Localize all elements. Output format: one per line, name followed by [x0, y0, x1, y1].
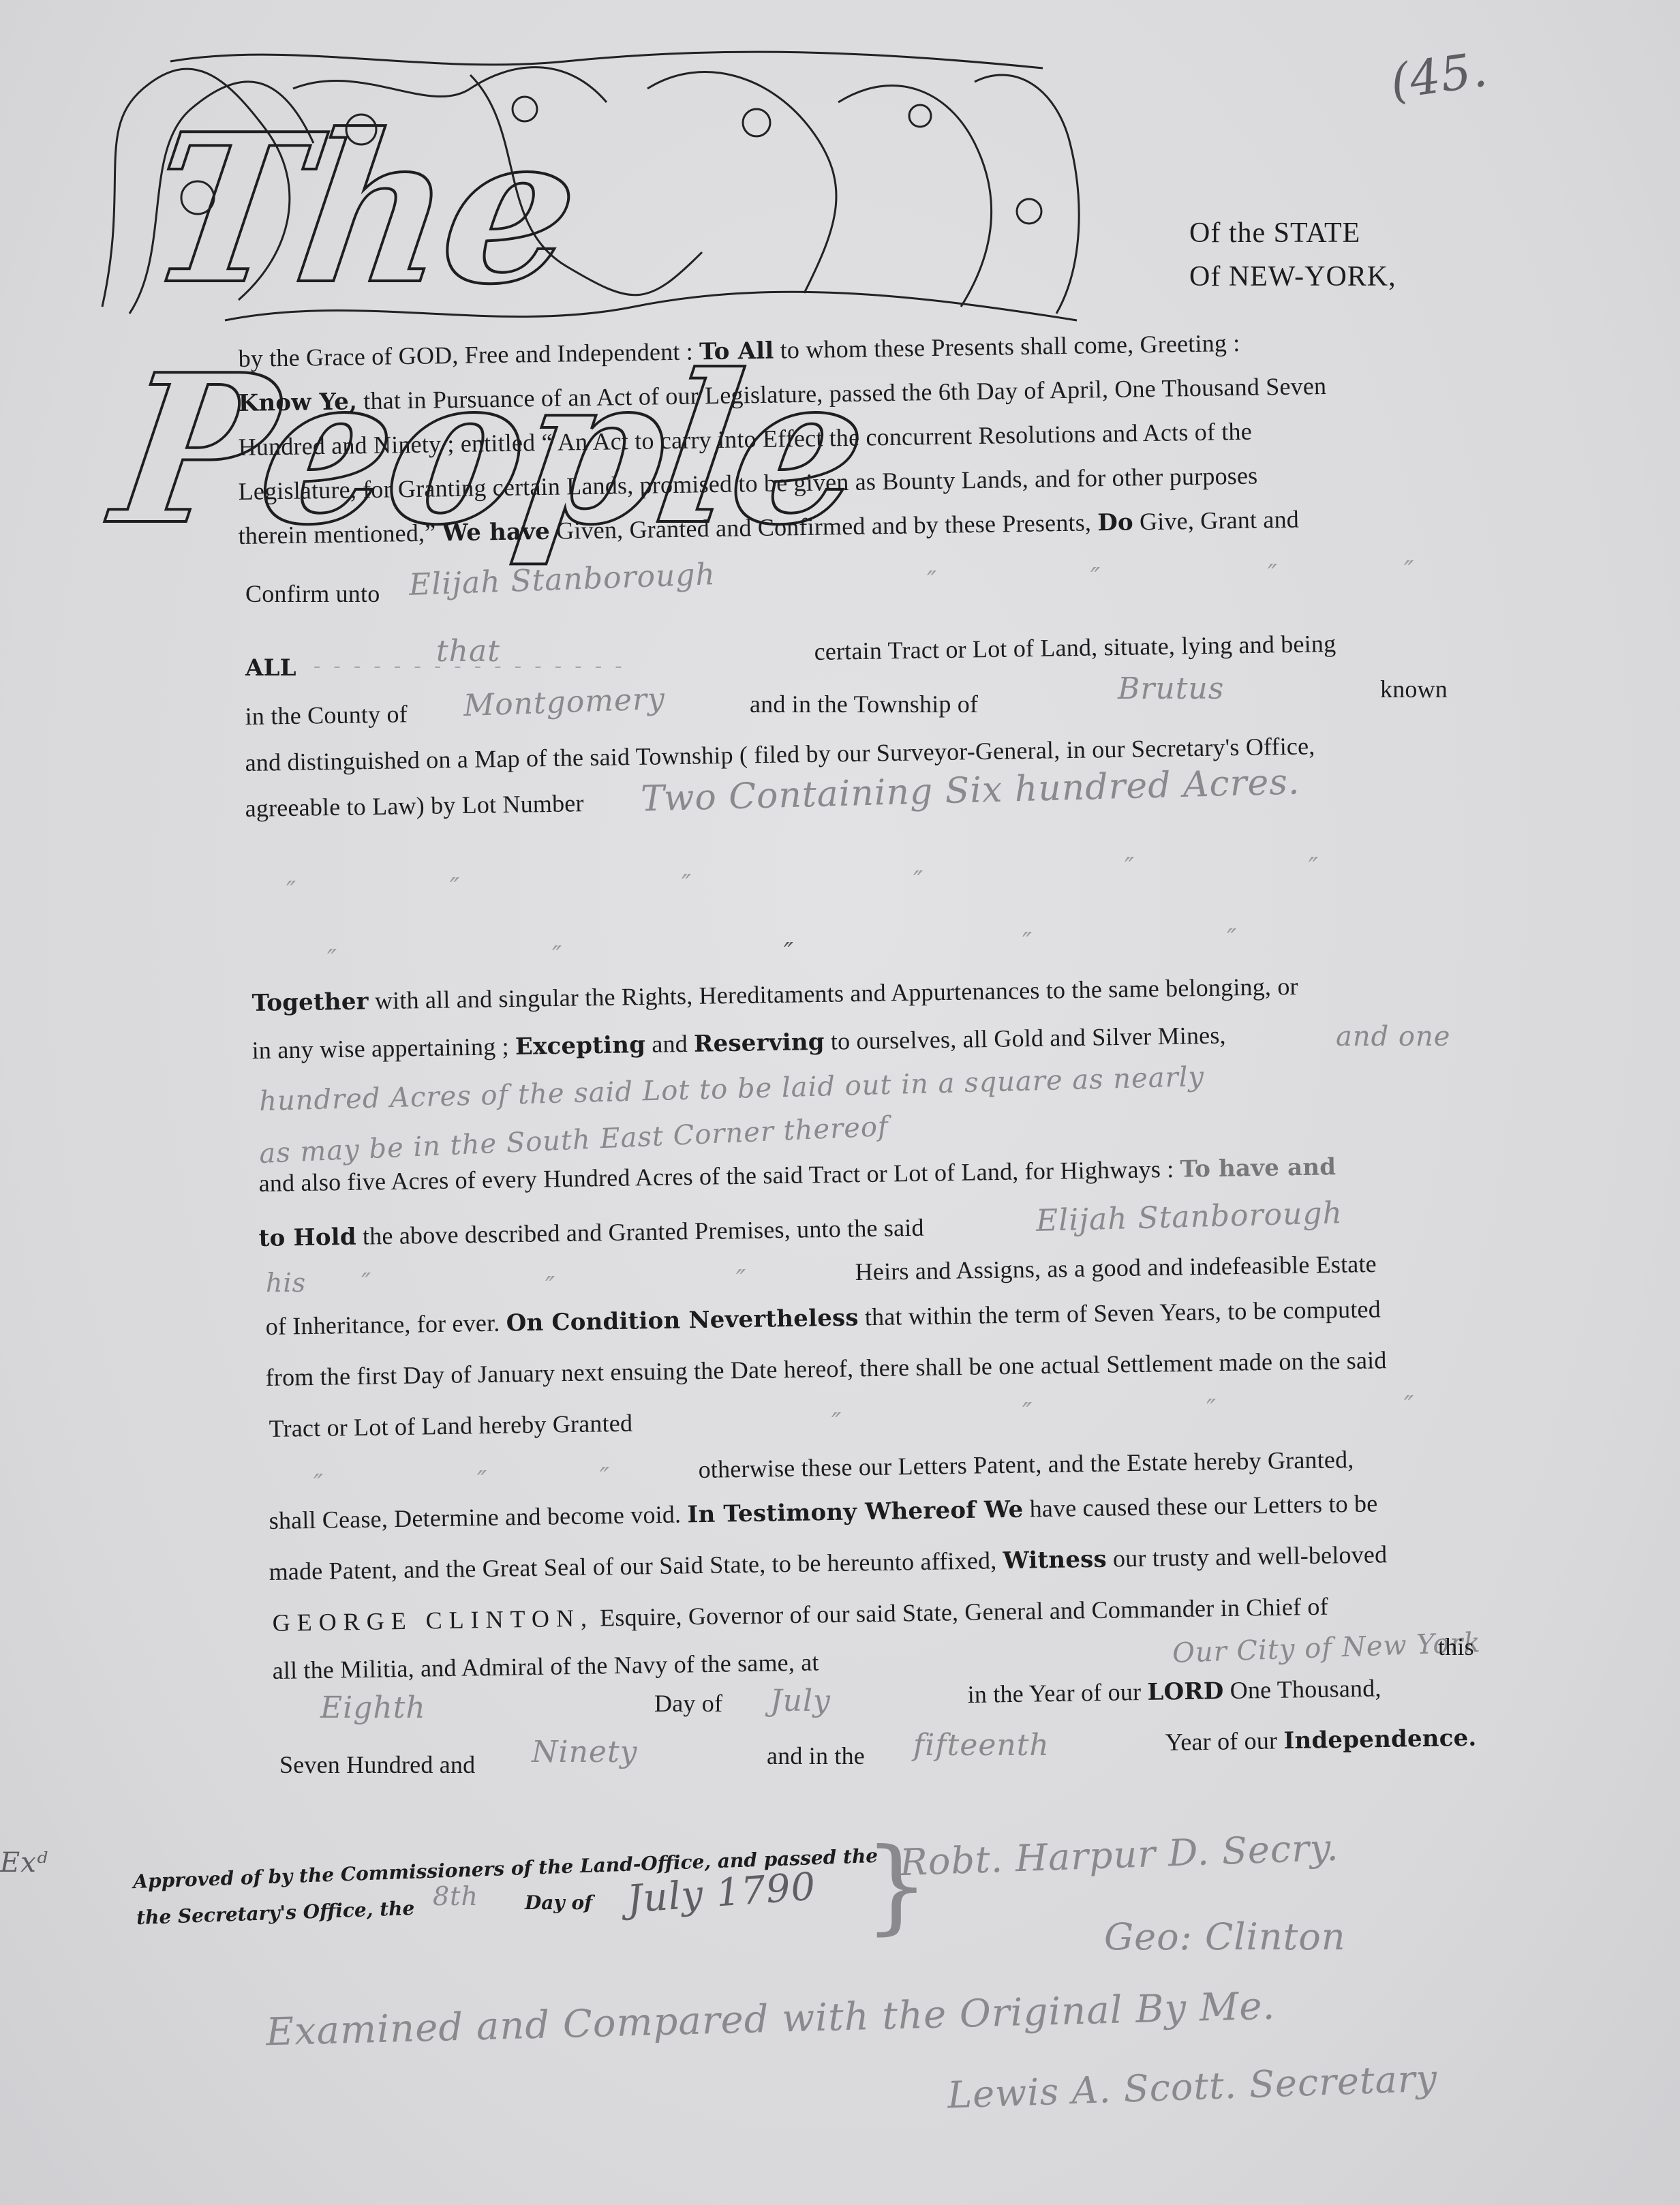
text-line: Year of our Independence. [1165, 1723, 1476, 1757]
ditto-mark: ″ [1309, 852, 1318, 882]
ditto-mark: ″ [1022, 927, 1032, 957]
handwritten-his: his [266, 1268, 306, 1298]
text-line: this [1438, 1632, 1474, 1661]
ditto-mark: ″ [286, 876, 296, 906]
ditto-mark: ″ [314, 1469, 323, 1499]
ditto-mark: ″ [545, 1271, 555, 1301]
text-line: and in the Township of [750, 690, 978, 718]
ditto-mark: ″ [477, 1465, 487, 1495]
ditto-mark: ″ [736, 1264, 746, 1294]
handwritten-county: Montgomery [463, 682, 665, 723]
text-line: and in the [767, 1742, 865, 1770]
ditto-mark: ″ [831, 1408, 841, 1438]
text-line: in the County of [245, 699, 408, 731]
signature-governor: Geo: Clinton [1104, 1915, 1346, 1958]
ditto-mark: ″ [1022, 1397, 1032, 1427]
ditto-mark: ″ [927, 566, 936, 596]
text-line: GEORGE CLINTON, Esquire, Governor of our… [272, 1592, 1328, 1637]
ditto-mark: ″ [1206, 1394, 1216, 1424]
text-line: Tract or Lot of Land hereby Granted [269, 1409, 632, 1443]
ditto-mark: ″ [361, 1268, 371, 1298]
text-line: all the Militia, and Admiral of the Navy… [272, 1647, 819, 1685]
handwritten-year: Ninety [532, 1735, 638, 1769]
ditto-mark: ″ [784, 937, 793, 967]
text-line: Seven Hundred and [279, 1750, 475, 1779]
text-line: from the first Day of January next ensui… [265, 1345, 1387, 1392]
handwritten-independence-year: fifteenth [913, 1728, 1050, 1763]
ditto-mark: ″ [1125, 852, 1134, 882]
text-line: Day of [654, 1689, 722, 1718]
text-line: of Inheritance, for ever. On Condition N… [265, 1294, 1381, 1341]
ditto-mark: ″ [682, 869, 691, 899]
state-line-2: Of NEW-YORK, [1189, 260, 1396, 293]
text-line: Heirs and Assigns, as a good and indefea… [855, 1249, 1377, 1286]
text-line: Together with all and singular the Right… [251, 972, 1298, 1017]
certification: Examined and Compared with the Original … [265, 1984, 1276, 2055]
signature-secretary: Robt. Harpur D. Secry. [899, 1826, 1339, 1884]
calligraphic-title: The People [89, 48, 1152, 334]
ditto-mark: ″ [600, 1462, 609, 1492]
text-line: Confirm unto [245, 579, 380, 608]
text-line: shall Cease, Determine and become void. … [269, 1489, 1377, 1535]
ditto-mark: ″ [1404, 1390, 1414, 1420]
signature-certifier: Lewis A. Scott. Secretary [947, 2056, 1438, 2116]
ditto-mark: ″ [327, 944, 337, 974]
handwritten-month: July [770, 1684, 831, 1718]
approval-day: 8th [433, 1881, 478, 1911]
handwritten-reservation: and one [1336, 1021, 1450, 1052]
approval-line-2: the Secretary's Office, the [136, 1897, 415, 1929]
handwritten-reservation: hundred Acres of the said Lot to be laid… [259, 1061, 1205, 1117]
ditto-mark: ″ [450, 872, 459, 902]
state-line-1: Of the STATE [1189, 217, 1360, 249]
page-number: (45. [1387, 41, 1491, 110]
document-page: (45. The People Of the STATE Of NEW-YORK… [0, 0, 1680, 2205]
text-line: in the Year of our LORD One Thousand, [967, 1673, 1381, 1709]
approval-day-of: Day of [525, 1891, 592, 1914]
ditto-mark: ″ [1090, 562, 1100, 592]
ditto-mark: ″ [552, 941, 562, 971]
ditto-mark: ″ [1404, 556, 1414, 586]
text-line: made Patent, and the Great Seal of our S… [269, 1540, 1387, 1586]
ditto-mark: ″ [1227, 924, 1236, 954]
handwritten-day: Eighth [320, 1690, 426, 1725]
dotted-fill: - - - - - - - - - - - - - - - - [314, 654, 626, 678]
margin-mark: Exᵈ [0, 1847, 48, 1879]
handwritten-township: Brutus [1118, 671, 1224, 706]
ditto-mark: ″ [913, 866, 923, 896]
text-line: ALL [245, 654, 296, 682]
text-line: to Hold the above described and Granted … [258, 1213, 924, 1252]
text-line: known [1380, 675, 1448, 703]
text-line: certain Tract or Lot of Land, situate, l… [814, 629, 1336, 666]
text-line: agreeable to Law) by Lot Number [245, 789, 584, 823]
text-line: otherwise these our Letters Patent, and … [698, 1445, 1354, 1484]
text-line: in any wise appertaining ; Excepting and… [251, 1021, 1226, 1065]
handwritten-lot-number: Two Containing Six hundred Acres. [640, 761, 1300, 819]
ditto-mark: ″ [1268, 559, 1277, 589]
handwritten-grantee-2: Elijah Stanborough [1035, 1196, 1343, 1238]
handwritten-place: Our City of New York [1172, 1627, 1481, 1669]
